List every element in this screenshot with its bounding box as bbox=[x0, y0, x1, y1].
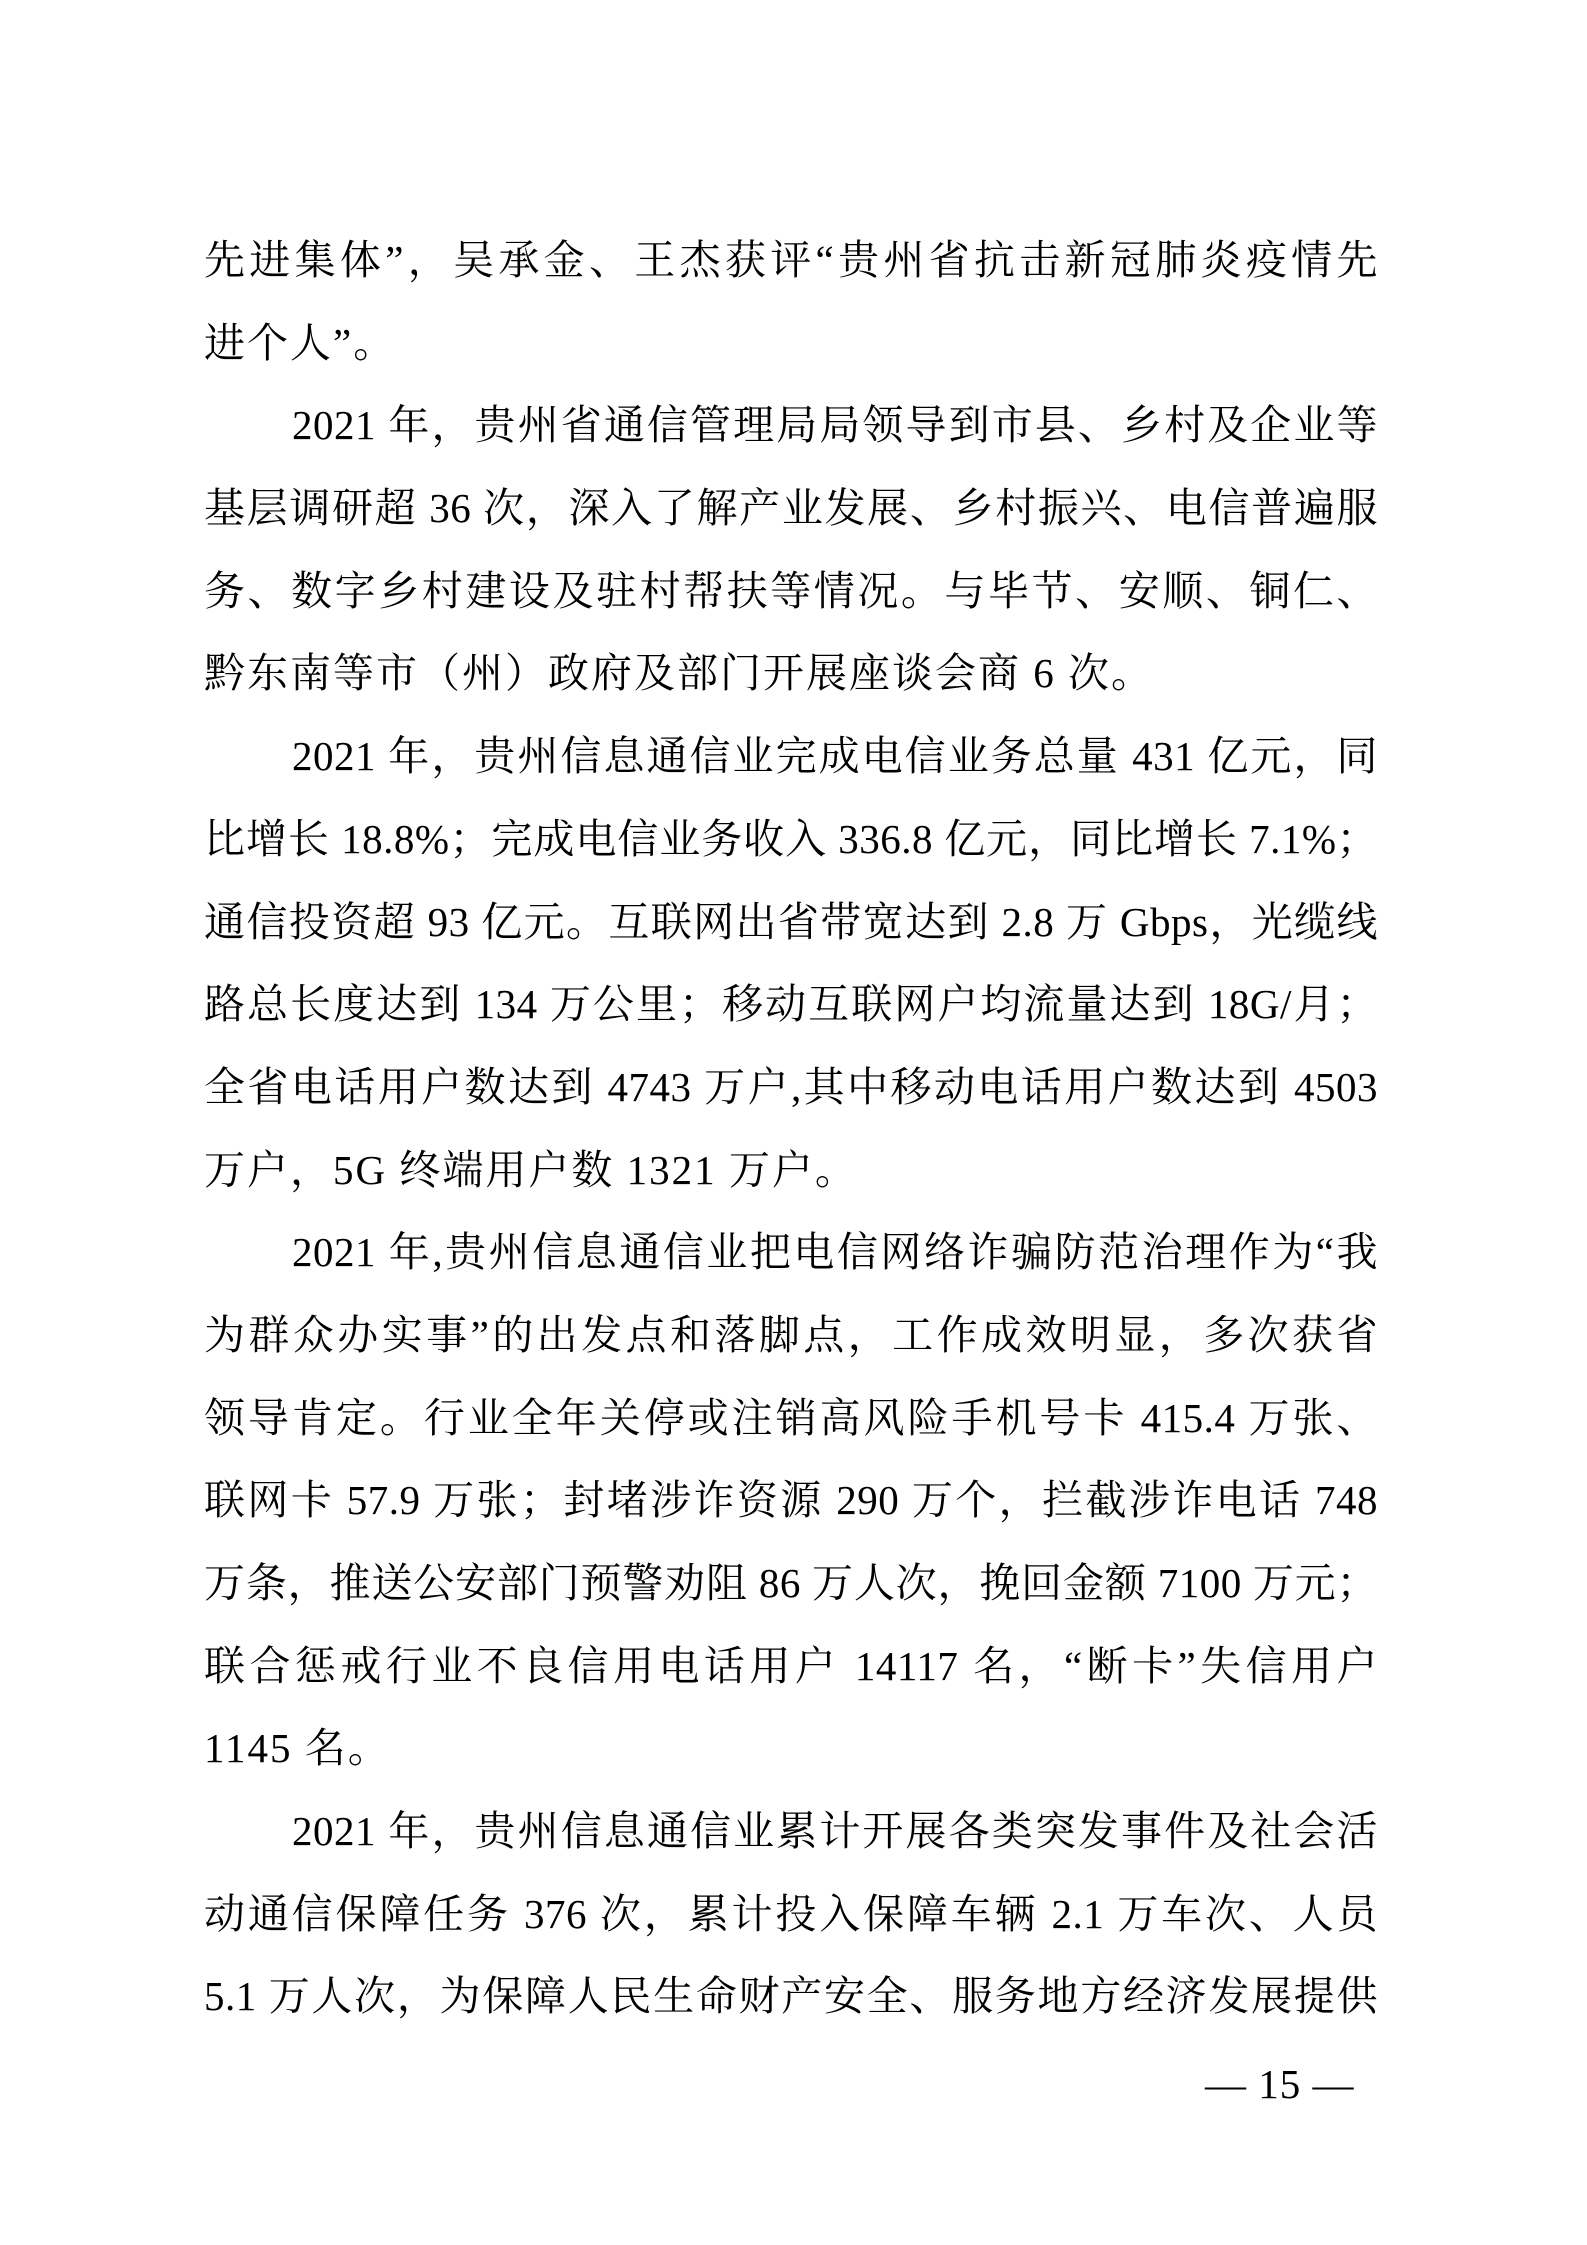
text-line: 万户，5G 终端用户数 1321 万户。 bbox=[204, 1129, 1378, 1212]
text-line: 2021 年，贵州信息通信业完成电信业务总量 431 亿元，同 bbox=[204, 715, 1378, 798]
text-line: 基层调研超 36 次，深入了解产业发展、乡村振兴、电信普遍服 bbox=[204, 467, 1378, 550]
text-line: 2021 年，贵州省通信管理局局领导到市县、乡村及企业等 bbox=[204, 384, 1378, 467]
document-page: 先进集体”，吴承金、王杰获评“贵州省抗击新冠肺炎疫情先 进个人”。 2021 年… bbox=[0, 0, 1587, 2245]
text-line: 全省电话用户数达到 4743 万户,其中移动电话用户数达到 4503 bbox=[204, 1046, 1378, 1129]
text-line: 通信投资超 93 亿元。互联网出省带宽达到 2.8 万 Gbps，光缆线 bbox=[204, 881, 1378, 964]
text-line: 联合惩戒行业不良信用电话用户 14117 名，“断卡”失信用户 bbox=[204, 1625, 1378, 1708]
page-number: — 15 — bbox=[1205, 2061, 1355, 2107]
text-line: 5.1 万人次，为保障人民生命财产安全、服务地方经济发展提供 bbox=[204, 1955, 1378, 2038]
text-line: 2021 年，贵州信息通信业累计开展各类突发事件及社会活 bbox=[204, 1790, 1378, 1873]
text-line: 万条，推送公安部门预警劝阻 86 万人次，挽回金额 7100 万元； bbox=[204, 1542, 1378, 1625]
text-line: 动通信保障任务 376 次，累计投入保障车辆 2.1 万车次、人员 bbox=[204, 1873, 1378, 1956]
text-line: 进个人”。 bbox=[204, 302, 1378, 385]
text-line: 黔东南等市（州）政府及部门开展座谈会商 6 次。 bbox=[204, 632, 1378, 715]
text-line: 联网卡 57.9 万张；封堵涉诈资源 290 万个，拦截涉诈电话 748 bbox=[204, 1459, 1378, 1542]
text-line: 1145 名。 bbox=[204, 1707, 1378, 1790]
text-line: 路总长度达到 134 万公里；移动互联网户均流量达到 18G/月； bbox=[204, 963, 1378, 1046]
text-line: 务、数字乡村建设及驻村帮扶等情况。与毕节、安顺、铜仁、 bbox=[204, 550, 1378, 633]
text-line: 为群众办实事”的出发点和落脚点，工作成效明显，多次获省 bbox=[204, 1294, 1378, 1377]
text-line: 先进集体”，吴承金、王杰获评“贵州省抗击新冠肺炎疫情先 bbox=[204, 219, 1378, 302]
text-line: 领导肯定。行业全年关停或注销高风险手机号卡 415.4 万张、 bbox=[204, 1377, 1378, 1460]
text-line: 2021 年,贵州信息通信业把电信网络诈骗防范治理作为“我 bbox=[204, 1211, 1378, 1294]
body-text: 先进集体”，吴承金、王杰获评“贵州省抗击新冠肺炎疫情先 进个人”。 2021 年… bbox=[204, 219, 1378, 2038]
text-line: 比增长 18.8%；完成电信业务收入 336.8 亿元，同比增长 7.1%； bbox=[204, 798, 1378, 881]
